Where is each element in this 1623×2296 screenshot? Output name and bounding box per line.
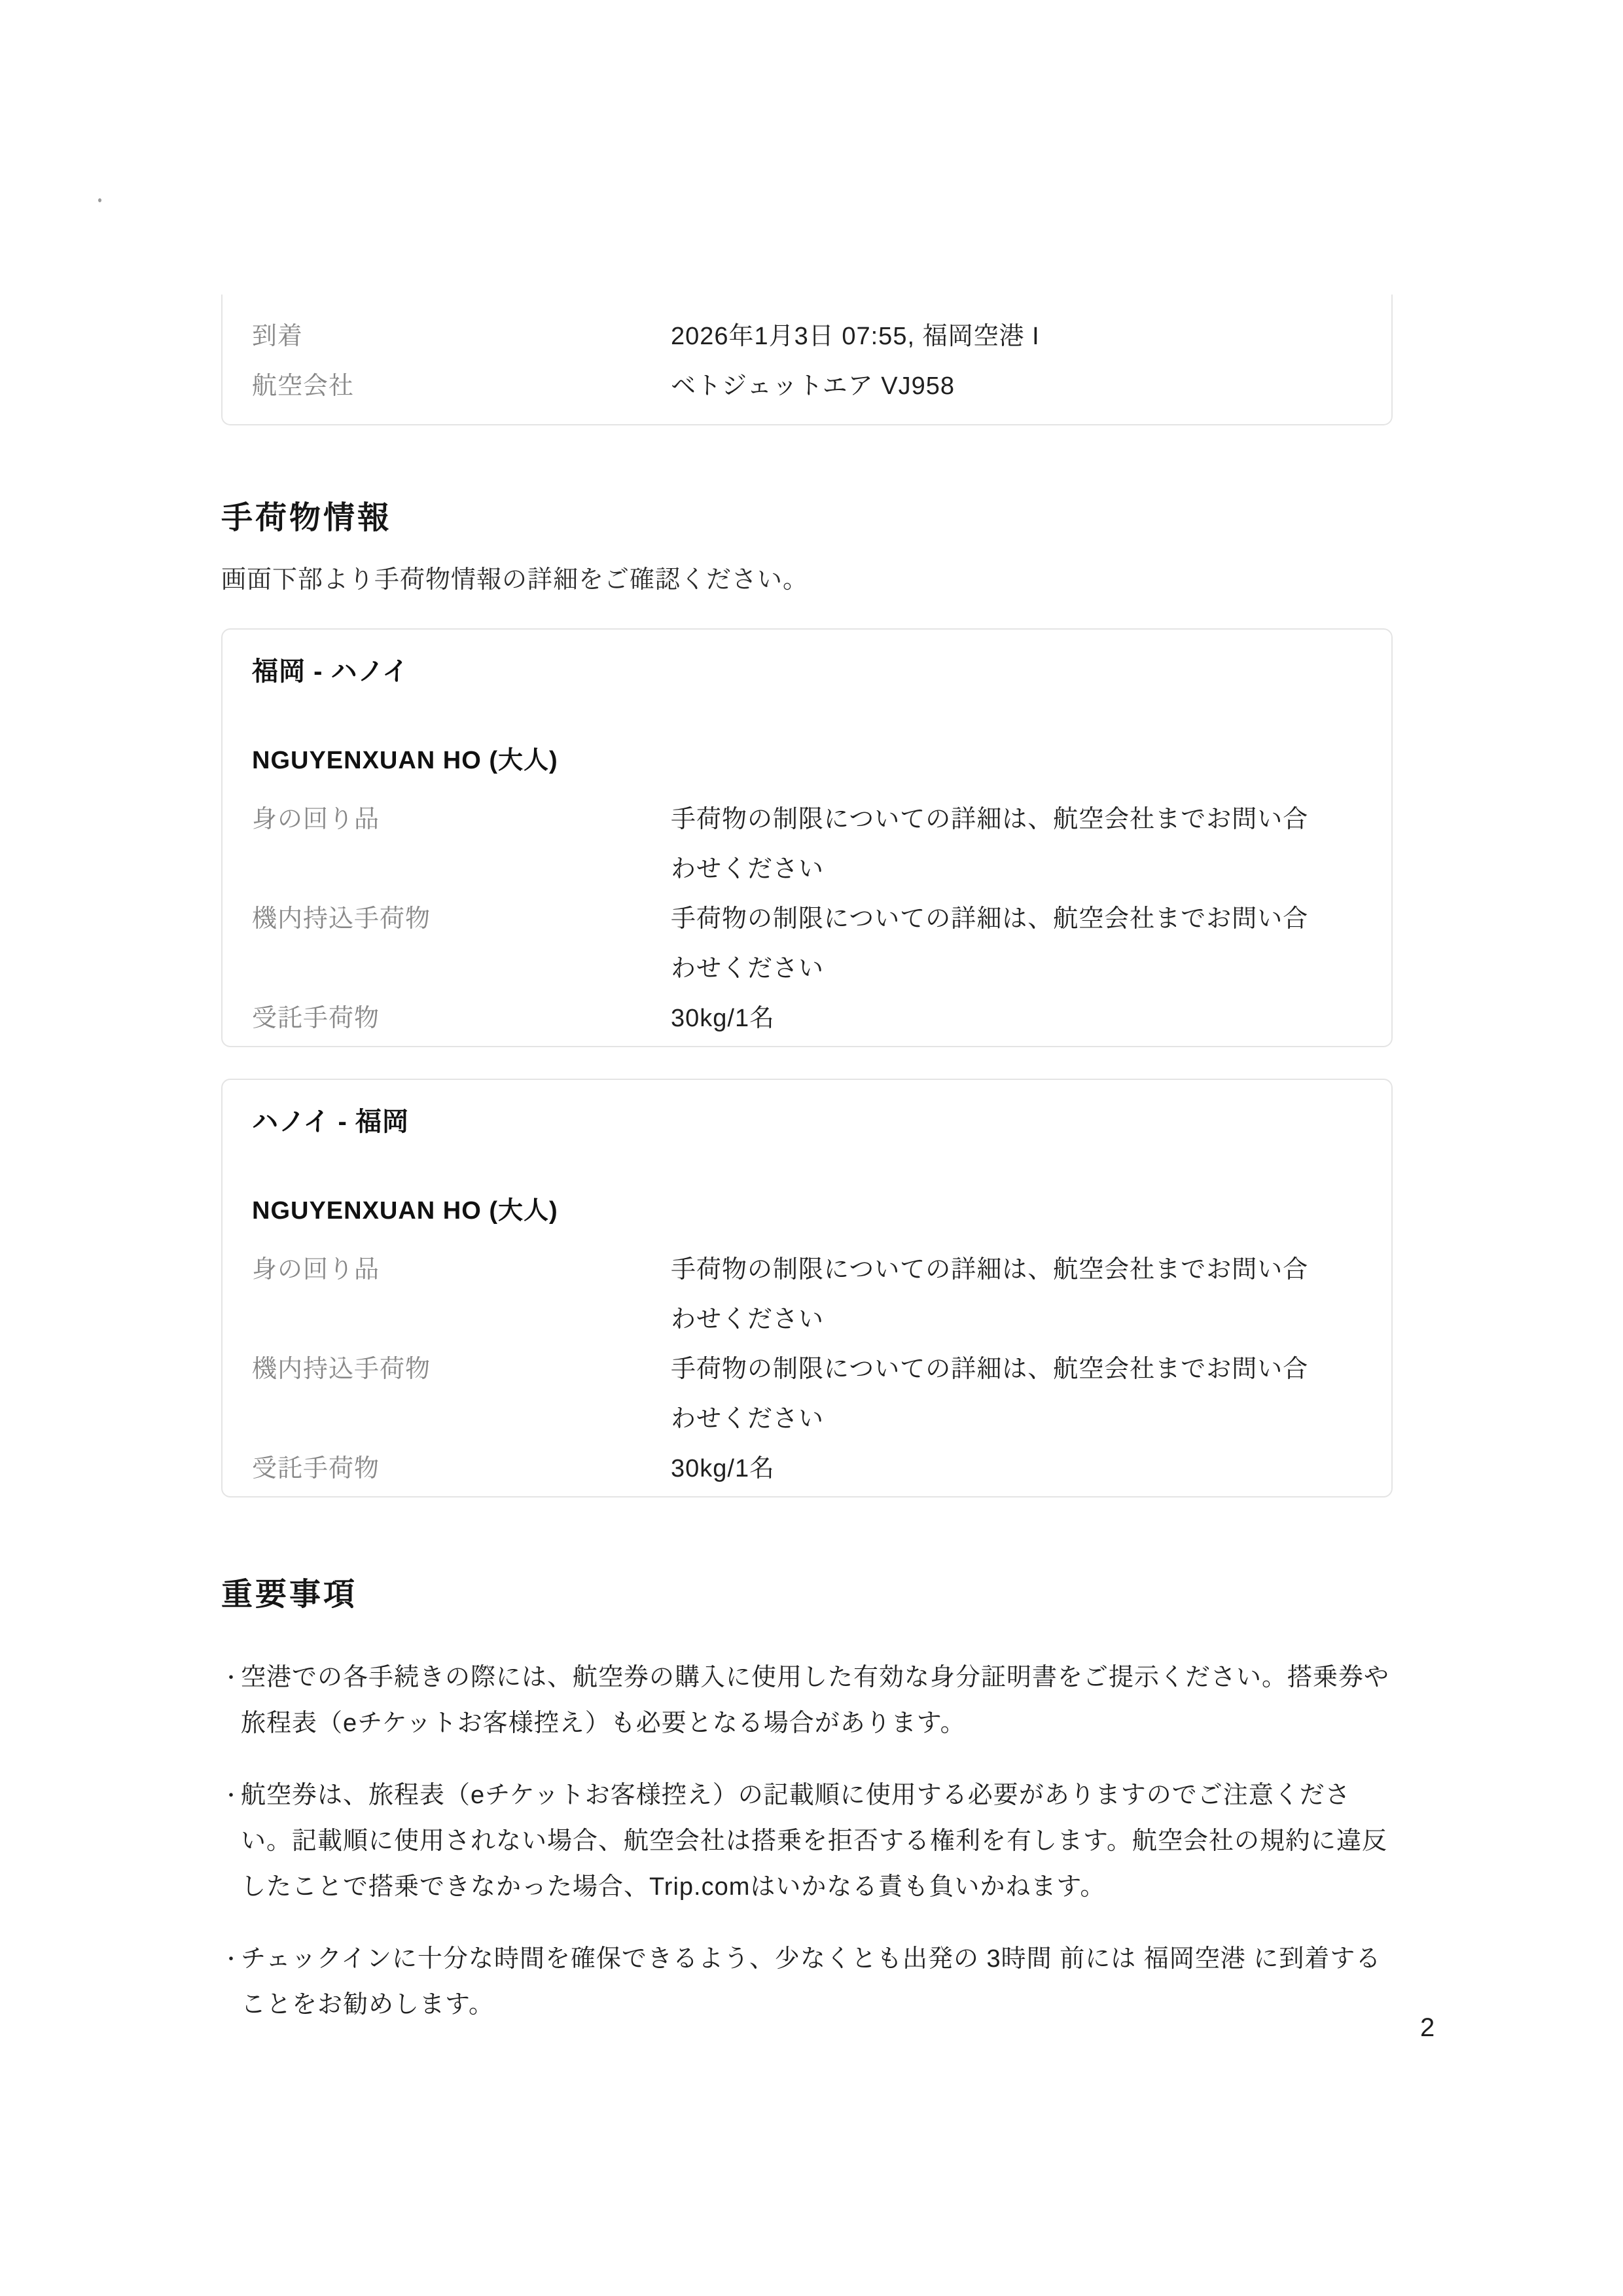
checked-baggage-label: 受託手荷物	[252, 1444, 671, 1494]
personal-items-value: 手荷物の制限についての詳細は、航空会社までお問い合わせください	[671, 795, 1315, 894]
important-section-title: 重要事項	[221, 1578, 1393, 1612]
passenger-name: NGUYENXUAN HO (大人)	[252, 745, 1362, 776]
carry-on-row: 機内持込手荷物 手荷物の制限についての詳細は、航空会社までお問い合わせください	[252, 894, 1362, 994]
checked-baggage-value: 30kg/1名	[671, 1444, 1315, 1494]
carry-on-value: 手荷物の制限についての詳細は、航空会社までお問い合わせください	[671, 894, 1315, 994]
checked-baggage-row: 受託手荷物 30kg/1名	[252, 994, 1362, 1043]
important-note-item: ・空港での各手続きの際には、航空券の購入に使用した有効な身分証明書をご提示くださ…	[221, 1655, 1393, 1746]
arrival-row: 到着 2026年1月3日 07:55, 福岡空港 I	[252, 312, 1362, 361]
important-note-text: チェックインに十分な時間を確保できるよう、少なくとも出発の 3時間 前には 福岡…	[241, 1945, 1381, 2018]
important-note-item: ・航空券は、旅程表（eチケットお客様控え）の記載順に使用する必要がありますのでご…	[221, 1772, 1393, 1910]
checked-baggage-row: 受託手荷物 30kg/1名	[252, 1444, 1362, 1494]
carry-on-row: 機内持込手荷物 手荷物の制限についての詳細は、航空会社までお問い合わせください	[252, 1344, 1362, 1444]
baggage-section-title: 手荷物情報	[221, 501, 1393, 535]
route-title: ハノイ - 福岡	[252, 1106, 1362, 1138]
checked-baggage-value: 30kg/1名	[671, 994, 1315, 1043]
arrival-label: 到着	[252, 312, 671, 361]
personal-items-value: 手荷物の制限についての詳細は、航空会社までお問い合わせください	[671, 1245, 1315, 1344]
airline-value: ベトジェットエア VJ958	[671, 361, 1315, 411]
baggage-card-outbound: 福岡 - ハノイ NGUYENXUAN HO (大人) 身の回り品 手荷物の制限…	[221, 628, 1393, 1047]
bullet-marker: ・	[221, 1937, 241, 1983]
carry-on-label: 機内持込手荷物	[252, 894, 671, 944]
flight-details-card: 到着 2026年1月3日 07:55, 福岡空港 I 航空会社 ベトジェットエア…	[221, 295, 1393, 425]
baggage-section-description: 画面下部より手荷物情報の詳細をご確認ください。	[221, 565, 1393, 595]
page-number: 2	[1420, 2013, 1435, 2043]
document-page: 到着 2026年1月3日 07:55, 福岡空港 I 航空会社 ベトジェットエア…	[0, 0, 1623, 2296]
important-note-item: ・チェックインに十分な時間を確保できるよう、少なくとも出発の 3時間 前には 福…	[221, 1936, 1393, 2028]
scan-artifact-dot	[98, 198, 101, 202]
baggage-card-return: ハノイ - 福岡 NGUYENXUAN HO (大人) 身の回り品 手荷物の制限…	[221, 1079, 1393, 1498]
route-title: 福岡 - ハノイ	[252, 656, 1362, 687]
airline-label: 航空会社	[252, 361, 671, 411]
important-note-text: 航空券は、旅程表（eチケットお客様控え）の記載順に使用する必要がありますのでご注…	[241, 1782, 1387, 1901]
passenger-name: NGUYENXUAN HO (大人)	[252, 1196, 1362, 1226]
important-note-text: 空港での各手続きの際には、航空券の購入に使用した有効な身分証明書をご提示ください…	[241, 1664, 1389, 1737]
bullet-marker: ・	[221, 1774, 241, 1820]
carry-on-value: 手荷物の制限についての詳細は、航空会社までお問い合わせください	[671, 1344, 1315, 1444]
airline-row: 航空会社 ベトジェットエア VJ958	[252, 361, 1362, 411]
personal-items-label: 身の回り品	[252, 1245, 671, 1295]
personal-items-row: 身の回り品 手荷物の制限についての詳細は、航空会社までお問い合わせください	[252, 795, 1362, 894]
personal-items-row: 身の回り品 手荷物の制限についての詳細は、航空会社までお問い合わせください	[252, 1245, 1362, 1344]
arrival-value: 2026年1月3日 07:55, 福岡空港 I	[671, 312, 1315, 361]
bullet-marker: ・	[221, 1656, 241, 1702]
page-content: 到着 2026年1月3日 07:55, 福岡空港 I 航空会社 ベトジェットエア…	[221, 0, 1393, 2028]
important-notes-list: ・空港での各手続きの際には、航空券の購入に使用した有効な身分証明書をご提示くださ…	[221, 1655, 1393, 2028]
personal-items-label: 身の回り品	[252, 795, 671, 844]
checked-baggage-label: 受託手荷物	[252, 994, 671, 1043]
carry-on-label: 機内持込手荷物	[252, 1344, 671, 1394]
